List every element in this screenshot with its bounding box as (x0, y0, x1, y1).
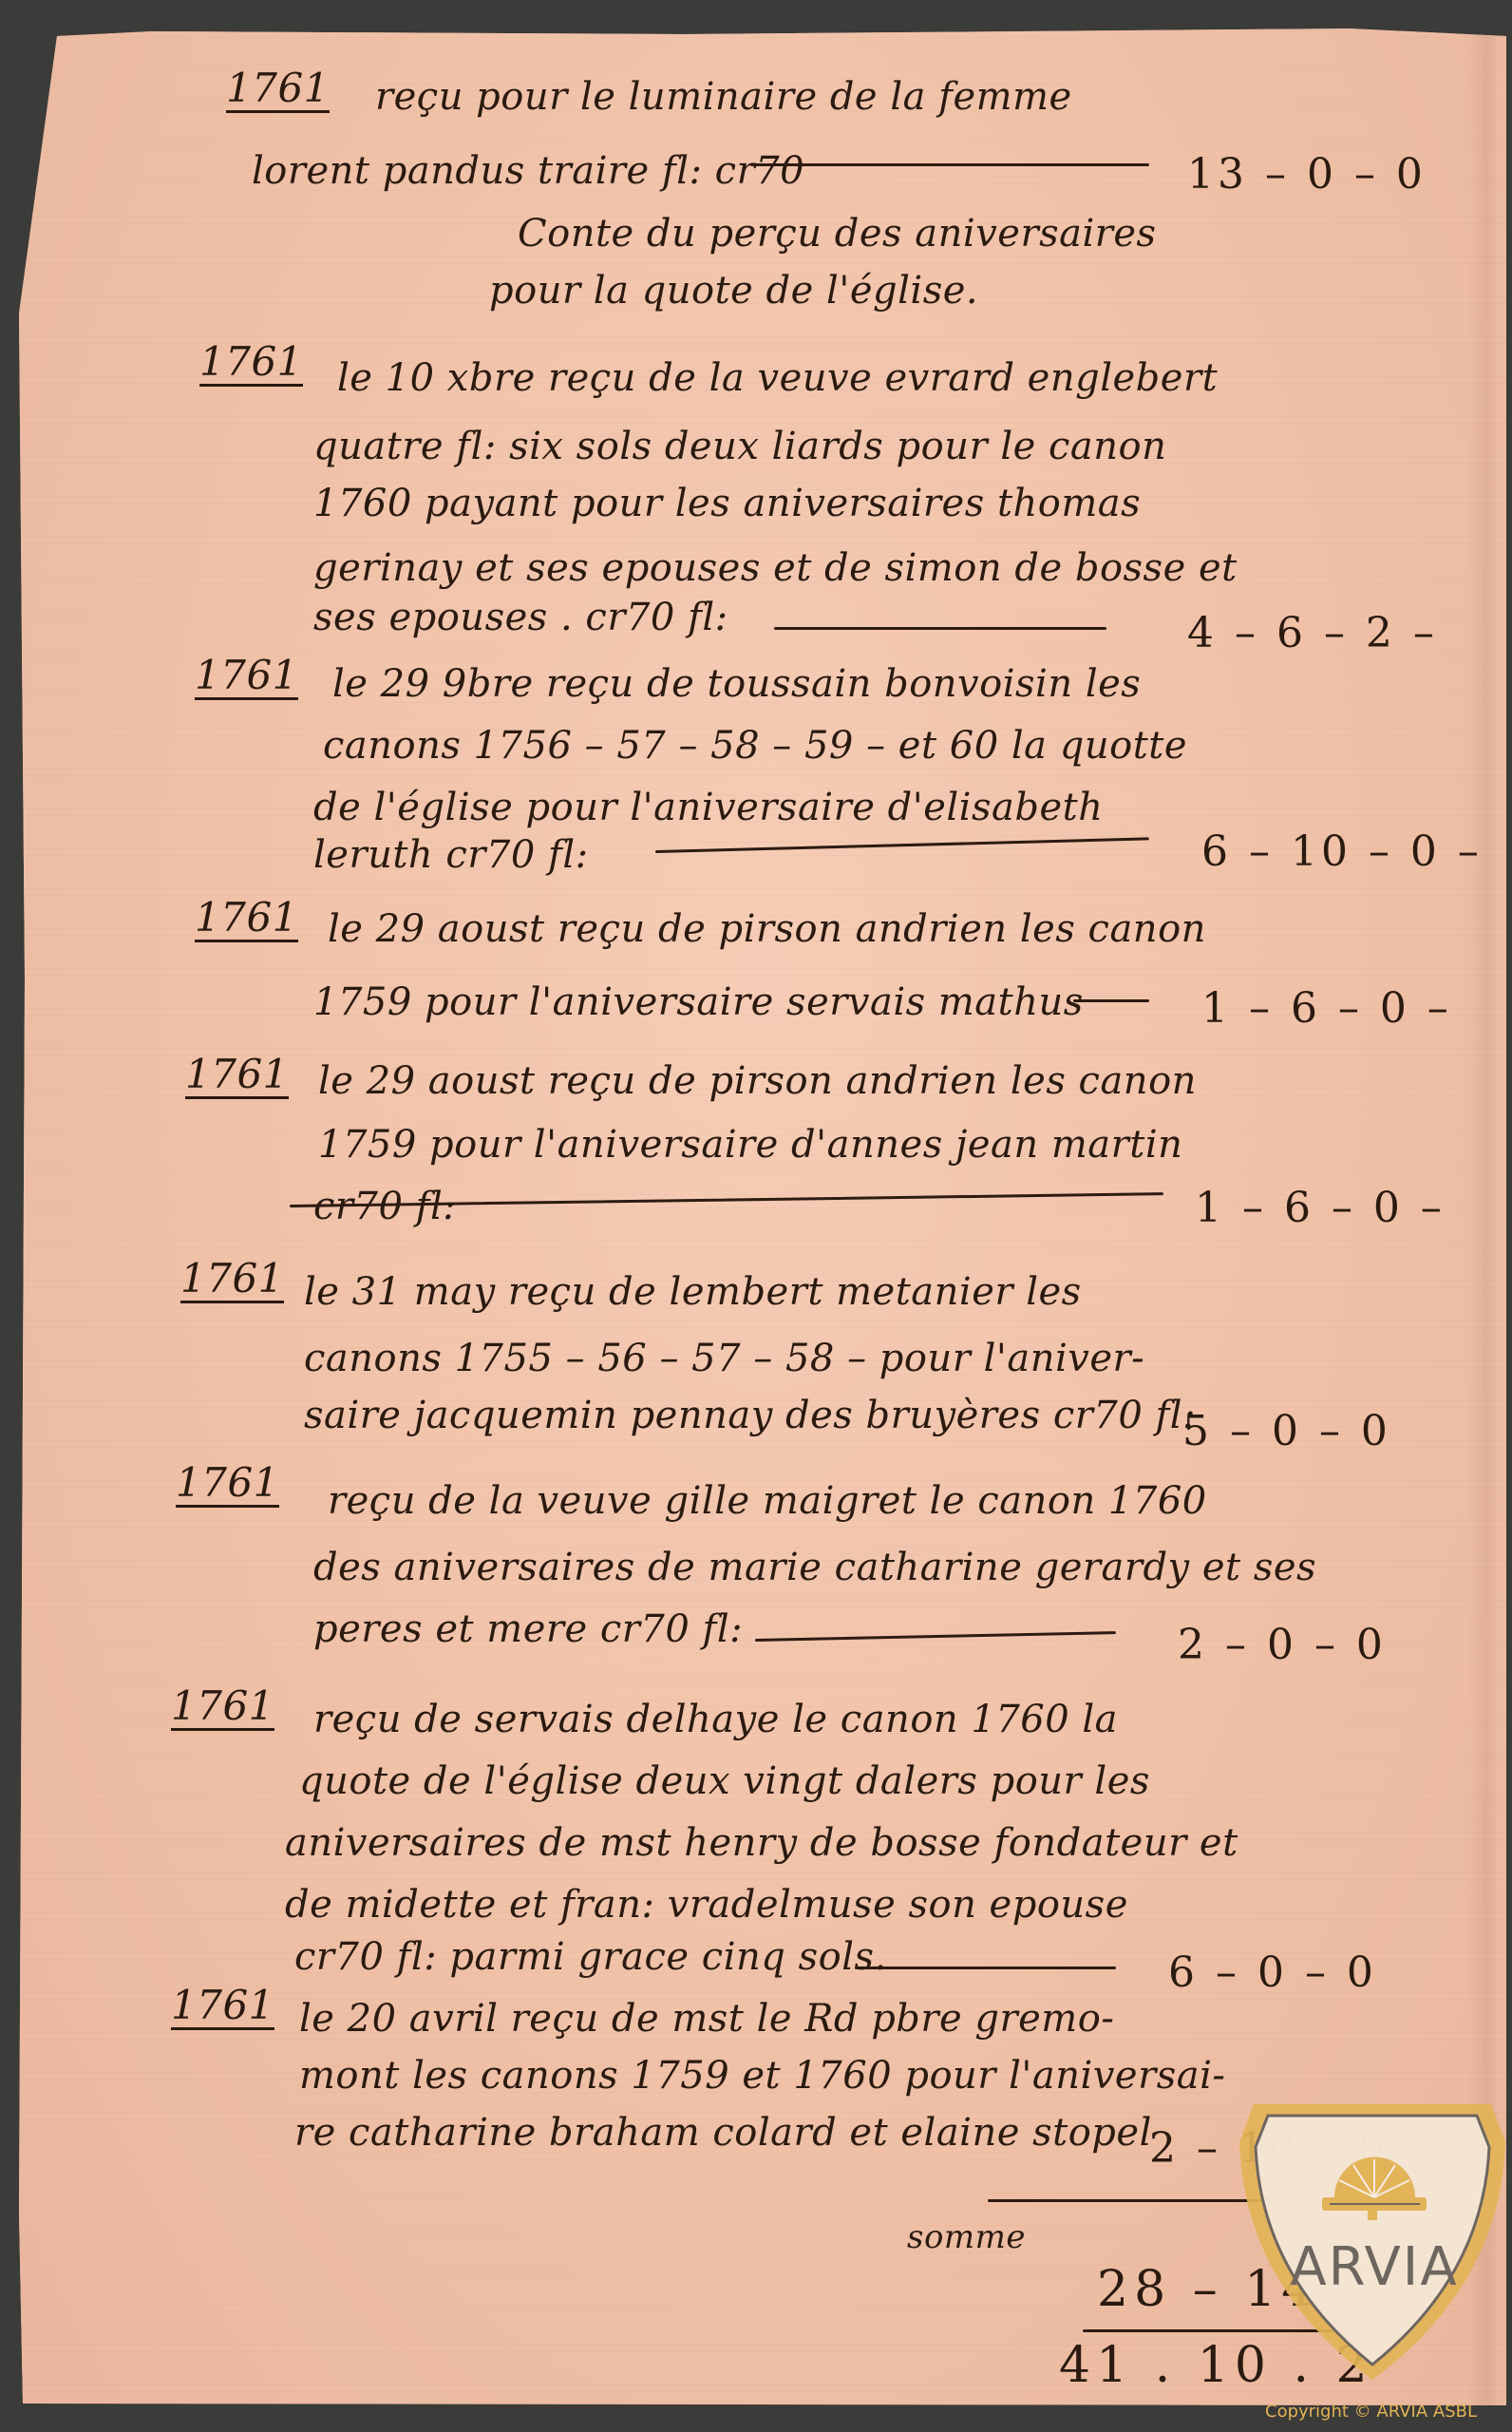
record-year: 1761 (195, 898, 298, 942)
record-amount: 6 – 0 – 0 (1168, 1952, 1377, 1994)
entry-rule (750, 163, 1149, 166)
record-rule (855, 1966, 1116, 1969)
record-line: le 29 aoust reçu de pirson andrien les c… (318, 1062, 1197, 1100)
record-line: 1759 pour l'aniversaire d'annes jean mar… (318, 1126, 1182, 1164)
record-year: 1761 (176, 1463, 279, 1508)
record-line: 1759 pour l'aniversaire servais mathus (313, 983, 1084, 1021)
arvia-shield-logo: ARVIA (1235, 2095, 1510, 2389)
summary-label: somme (907, 2218, 1026, 2256)
record-year: 1761 (199, 342, 303, 387)
record-line: le 29 aoust reçu de pirson andrien les c… (328, 910, 1206, 948)
record-line: de l'église pour l'aniversaire d'elisabe… (313, 788, 1103, 826)
copyright-notice: Copyright © ARVIA ASBL (1265, 2402, 1477, 2422)
record-year: 1761 (195, 655, 298, 700)
record-amount: 2 – 0 – 0 (1178, 1624, 1387, 1666)
record-amount: 5 – 0 – 0 (1182, 1411, 1391, 1453)
record-line: le 31 may reçu de lembert metanier les (304, 1273, 1082, 1311)
record-line: de midette et fran: vradelmuse son epous… (285, 1886, 1128, 1924)
record-line: aniversaires de mst henry de bosse fonda… (285, 1824, 1238, 1862)
record-line: le 29 9bre reçu de toussain bonvoisin le… (332, 665, 1141, 703)
record-line: 1760 payant pour les aniversaires thomas (313, 484, 1141, 522)
record-line: leruth cr70 fl: (313, 836, 589, 874)
paper-fold-shadow (1468, 28, 1497, 2405)
record-line: cr70 fl: parmi grace cinq sols. (294, 1938, 887, 1976)
record-rule (1073, 999, 1149, 1002)
record-line: le 10 xbre reçu de la veuve evrard engle… (337, 359, 1218, 397)
record-year: 1761 (180, 1259, 284, 1303)
record-line: quote de l'église deux vingt dalers pour… (299, 1762, 1150, 1800)
record-line: le 20 avril reçu de mst le Rd pbre gremo… (299, 2000, 1114, 2038)
section-heading: Conte du perçu des aniversaires (518, 215, 1157, 253)
record-line: peres et mere cr70 fl: (313, 1610, 743, 1648)
section-heading: pour la quote de l'église. (489, 272, 978, 310)
record-line: canons 1755 – 56 – 57 – 58 – pour l'aniv… (304, 1339, 1144, 1377)
record-year: 1761 (185, 1054, 289, 1099)
entry-amount: 13 – 0 – 0 (1187, 154, 1427, 196)
record-amount: 4 – 6 – 2 – (1187, 613, 1438, 655)
svg-text:ARVIA: ARVIA (1290, 2236, 1458, 2298)
record-amount: 1 – 6 – 0 – (1195, 1187, 1446, 1229)
record-line: mont les canons 1759 et 1760 pour l'aniv… (299, 2057, 1225, 2095)
record-line: canons 1756 – 57 – 58 – 59 – et 60 la qu… (323, 727, 1187, 765)
entry-line: lorent pandus traire fl: cr70 (252, 152, 804, 190)
record-line: reçu de la veuve gille maigret le canon … (328, 1482, 1207, 1520)
record-amount: 1 – 6 – 0 – (1201, 988, 1452, 1030)
record-line: ses epouses . cr70 fl: (313, 598, 728, 636)
entry-line: reçu pour le luminaire de la femme (375, 78, 1072, 116)
record-year: 1761 (171, 1686, 274, 1731)
record-line: reçu de servais delhaye le canon 1760 la (313, 1700, 1118, 1738)
entry-year: 1761 (226, 68, 330, 113)
record-line: re catharine braham colard et elaine sto… (294, 2114, 1152, 2152)
record-line: gerinay et ses epouses et de simon de bo… (313, 549, 1238, 587)
record-rule (774, 627, 1106, 630)
record-line: quatre fl: six sols deux liards pour le … (313, 427, 1166, 465)
record-line: des aniversaires de marie catharine gera… (313, 1548, 1316, 1586)
record-year: 1761 (171, 1985, 274, 2030)
record-line: saire jacquemin pennay des bruyères cr70… (304, 1396, 1196, 1434)
record-amount: 6 – 10 – 0 – (1201, 831, 1483, 873)
